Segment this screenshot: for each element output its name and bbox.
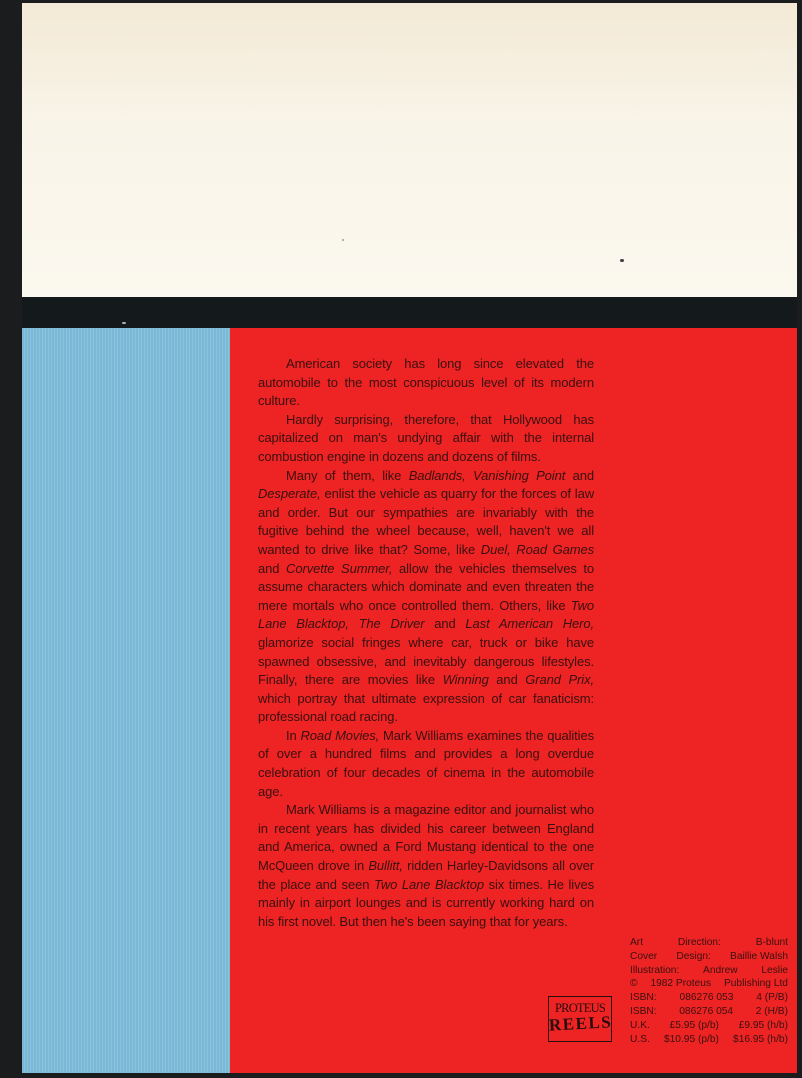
print-speck	[620, 259, 624, 262]
print-speck	[122, 322, 126, 324]
blurb-paragraph-2: Hardly surprising, therefore, that Holly…	[258, 411, 594, 467]
price-line: U.K.£5.95 (p/b)£9.95 (h/b)	[630, 1019, 788, 1033]
print-speck	[342, 239, 344, 241]
film-title: Last American Hero,	[465, 616, 594, 631]
copyright-icon: ©	[630, 977, 638, 991]
credits-block: ArtDirection:B-blunt CoverDesign:Baillie…	[630, 936, 788, 1046]
blurb-text: American society has long since elevated…	[258, 355, 594, 931]
film-title: Duel, Road Games	[481, 542, 594, 557]
blurb-paragraph-4: In Road Movies, Mark Williams examines t…	[258, 727, 594, 801]
price-line: U.S.$10.95 (p/b)$16.95 (h/b)	[630, 1033, 788, 1047]
isbn-line: ISBN:086276 0534 (P/B)	[630, 991, 788, 1005]
blurb-paragraph-3: Many of them, like Badlands, Vanishing P…	[258, 467, 594, 727]
blurb-paragraph-1: American society has long since elevated…	[258, 355, 594, 411]
film-title: Two Lane Blacktop	[374, 877, 484, 892]
proteus-reels-logo: PROTEUS REELS	[548, 996, 612, 1042]
red-panel: American society has long since elevated…	[230, 328, 797, 1073]
film-title: Badlands, Vanishing Point	[409, 468, 566, 483]
blue-column	[22, 328, 230, 1073]
film-title: Corvette Summer,	[286, 561, 392, 576]
credit-line: Illustration:AndrewLeslie	[630, 964, 788, 978]
black-band	[22, 297, 797, 328]
book-back-cover: American society has long since elevated…	[22, 3, 797, 1073]
isbn-line: ISBN:086276 0542 (H/B)	[630, 1005, 788, 1019]
author-bio: Mark Williams is a magazine editor and j…	[258, 801, 594, 931]
film-title: Bullitt,	[368, 858, 403, 873]
credit-line: CoverDesign:Baillie Walsh	[630, 950, 788, 964]
logo-line-2: REELS	[549, 1013, 612, 1034]
film-title: Winning	[443, 672, 489, 687]
credit-line: ArtDirection:B-blunt	[630, 936, 788, 950]
book-title: Road Movies,	[301, 728, 380, 743]
cream-top-panel	[22, 3, 797, 297]
copyright-line: ©1982 ProteusPublishing Ltd	[630, 977, 788, 991]
film-title: Grand Prix,	[525, 672, 594, 687]
film-title: Desperate,	[258, 486, 321, 501]
